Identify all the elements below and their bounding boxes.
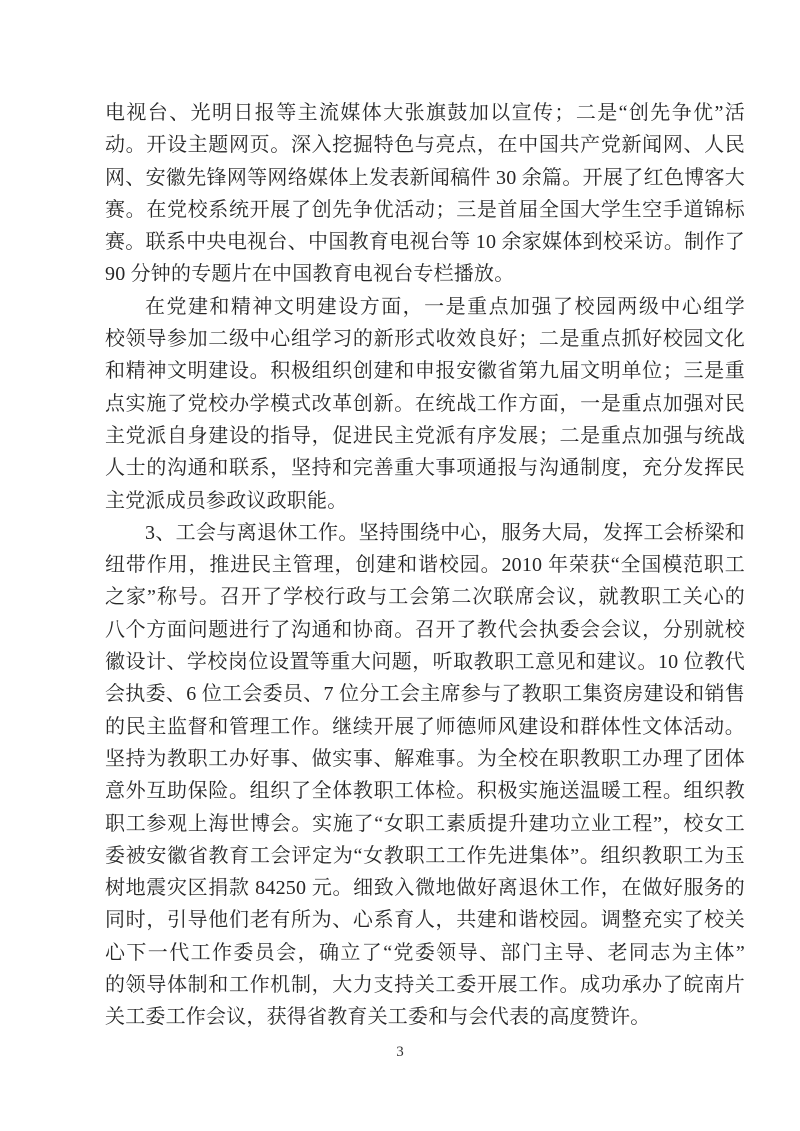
text-line: 电视台、光明日报等主流媒体大张旗鼓加以宣传；二是“创先争优”活: [105, 97, 745, 129]
text-line: 主党派自身建设的指导，促进民主党派有序发展；二是重点加强与统战: [105, 420, 745, 452]
text-line: 人士的沟通和联系，坚持和完善重大事项通报与沟通制度，充分发挥民: [105, 452, 745, 484]
text-line: 主党派成员参政议政职能。: [105, 485, 745, 517]
text-line: 职工参观上海世博会。实施了“女职工素质提升建功立业工程”，校女工: [105, 808, 745, 840]
text-line: 会执委、6 位工会委员、7 位分工会主席参与了教职工集资房建设和销售: [105, 678, 745, 710]
text-line: 坚持为教职工办好事、做实事、解难事。为全校在职教职工办理了团体: [105, 743, 745, 775]
document-page: 电视台、光明日报等主流媒体大张旗鼓加以宣传；二是“创先争优”活动。开设主题网页。…: [0, 0, 800, 1131]
text-line: 点实施了党校办学模式改革创新。在统战工作方面，一是重点加强对民: [105, 388, 745, 420]
text-line: 八个方面问题进行了沟通和协商。召开了教代会执委会会议，分别就校: [105, 614, 745, 646]
text-line: 同时，引导他们老有所为、心系育人，共建和谐校园。调整充实了校关: [105, 904, 745, 936]
text-line: 网、安徽先锋网等网络媒体上发表新闻稿件 30 余篇。开展了红色博客大: [105, 162, 745, 194]
text-line: 意外互助保险。组织了全体教职工体检。积极实施送温暖工程。组织教: [105, 775, 745, 807]
text-line: 徽设计、学校岗位设置等重大问题，听取教职工意见和建议。10 位教代: [105, 646, 745, 678]
text-line: 纽带作用，推进民主管理，创建和谐校园。2010 年荣获“全国模范职工: [105, 549, 745, 581]
text-line: 校领导参加二级中心组学习的新形式收效良好；二是重点抓好校园文化: [105, 323, 745, 355]
text-line: 赛。在党校系统开展了创先争优活动；三是首届全国大学生空手道锦标: [105, 194, 745, 226]
text-line: 关工委工作会议，获得省教育关工委和与会代表的高度赞许。: [105, 1001, 745, 1033]
text-line: 心下一代工作委员会，确立了“党委领导、部门主导、老同志为主体”: [105, 937, 745, 969]
page-number: 3: [0, 1042, 800, 1062]
text-line: 在党建和精神文明建设方面，一是重点加强了校园两级中心组学习。: [105, 291, 745, 323]
text-line: 赛。联系中央电视台、中国教育电视台等 10 余家媒体到校采访。制作了: [105, 226, 745, 258]
text-line: 动。开设主题网页。深入挖掘特色与亮点，在中国共产党新闻网、人民: [105, 129, 745, 161]
text-line: 90 分钟的专题片在中国教育电视台专栏播放。: [105, 258, 745, 290]
document-body: 电视台、光明日报等主流媒体大张旗鼓加以宣传；二是“创先争优”活动。开设主题网页。…: [105, 97, 745, 1034]
text-line: 委被安徽省教育工会评定为“女教职工工作先进集体”。组织教职工为玉: [105, 840, 745, 872]
text-line: 之家”称号。召开了学校行政与工会第二次联席会议，就教职工关心的: [105, 581, 745, 613]
text-line: 的民主监督和管理工作。继续开展了师德师风建设和群体性文体活动。: [105, 711, 745, 743]
text-line: 和精神文明建设。积极组织创建和申报安徽省第九届文明单位；三是重: [105, 355, 745, 387]
text-line: 的领导体制和工作机制，大力支持关工委开展工作。成功承办了皖南片: [105, 969, 745, 1001]
text-line: 树地震灾区捐款 84250 元。细致入微地做好离退休工作，在做好服务的: [105, 872, 745, 904]
text-line: 3、工会与离退休工作。坚持围绕中心，服务大局，发挥工会桥梁和: [105, 517, 745, 549]
